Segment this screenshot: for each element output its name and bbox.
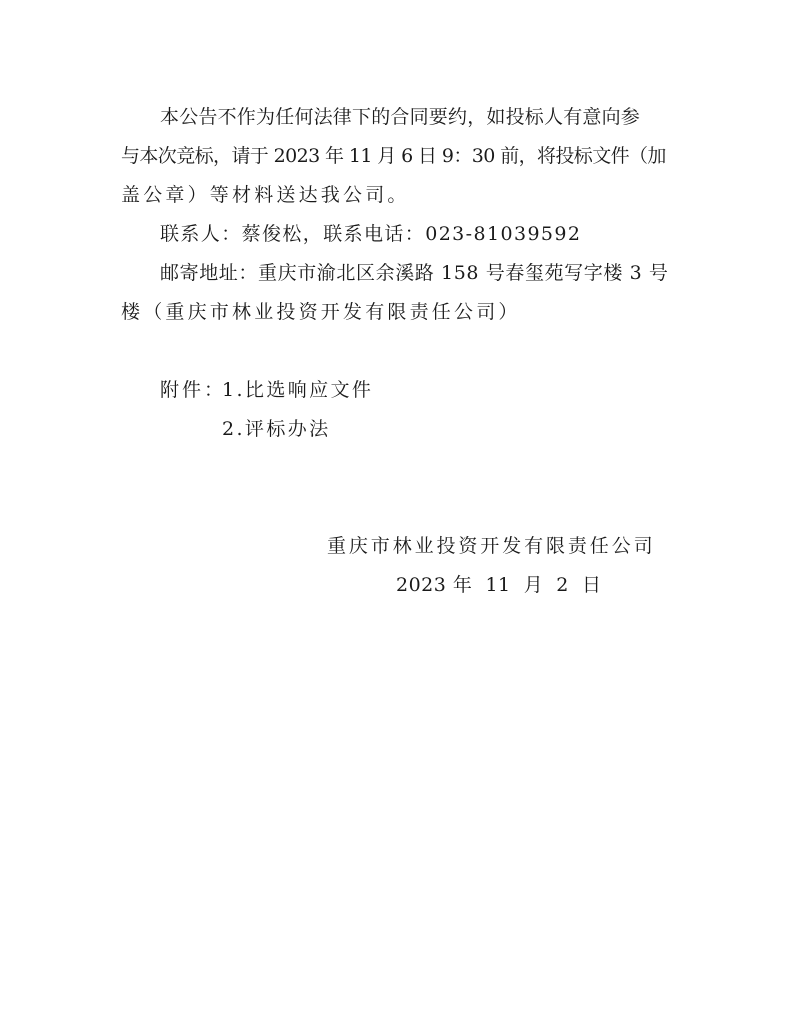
contact-line: 联系人：蔡俊松，联系电话：023-81039592 xyxy=(160,222,581,246)
attachments-label: 附件： xyxy=(160,378,226,402)
attachment-item-1: 1.比选响应文件 xyxy=(222,378,373,402)
attachment-item-2: 2.评标办法 xyxy=(222,417,331,441)
signature-date: 2023 年 11 月 2 日 xyxy=(396,573,601,597)
address-line-1: 邮寄地址：重庆市渝北区余溪路 158 号春玺苑写字楼 3 号 xyxy=(160,261,669,285)
paragraph-disclaimer-line-3: 盖公章）等材料送达我公司。 xyxy=(121,183,410,207)
address-line-2: 楼（重庆市林业投资开发有限责任公司） xyxy=(121,300,521,324)
signature-company: 重庆市林业投资开发有限责任公司 xyxy=(327,534,656,558)
paragraph-disclaimer-line-1: 本公告不作为任何法律下的合同要约，如投标人有意向参 xyxy=(160,105,676,129)
document-page: 本公告不作为任何法律下的合同要约，如投标人有意向参 与本次竞标，请于 2023 … xyxy=(0,0,800,1035)
paragraph-disclaimer-line-2: 与本次竞标，请于 2023 年 11 月 6 日 9：30 前，将投标文件（加 xyxy=(121,144,677,168)
